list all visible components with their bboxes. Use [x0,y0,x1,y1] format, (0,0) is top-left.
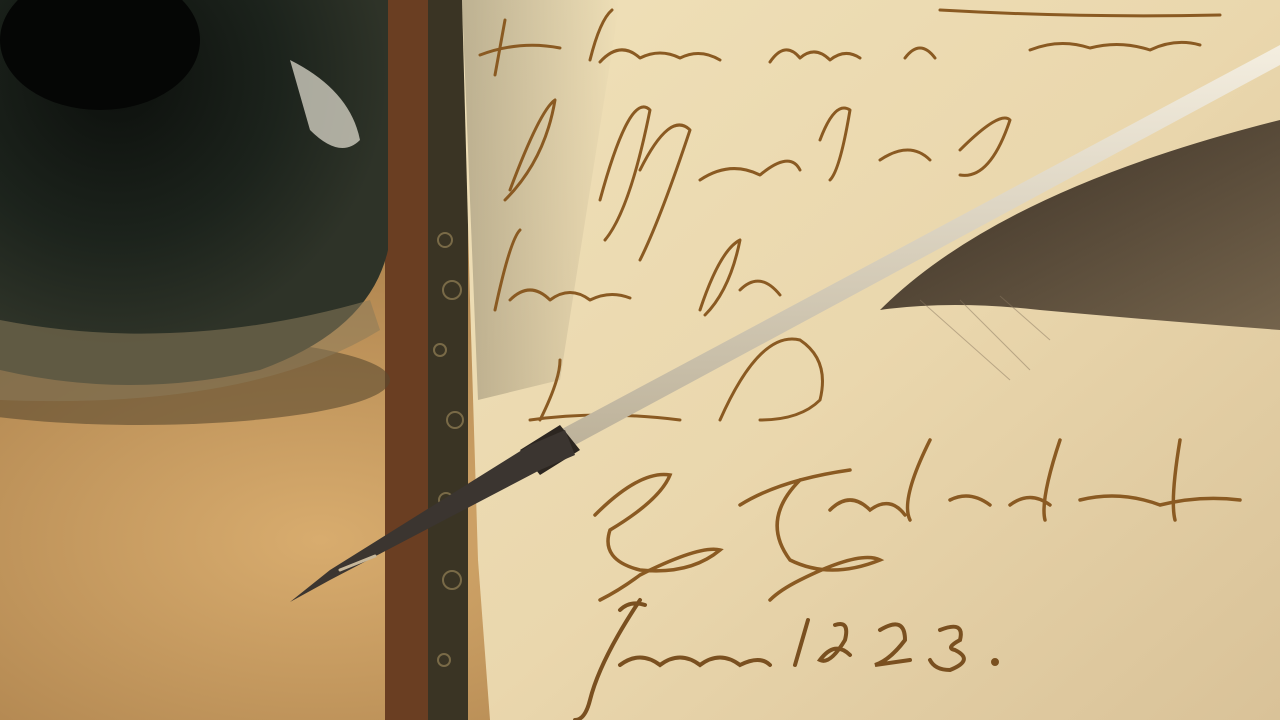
marbled-book-edge [428,0,468,720]
still-life-photo [0,0,1280,720]
book-spine [385,0,435,720]
photo-canvas [0,0,1280,720]
